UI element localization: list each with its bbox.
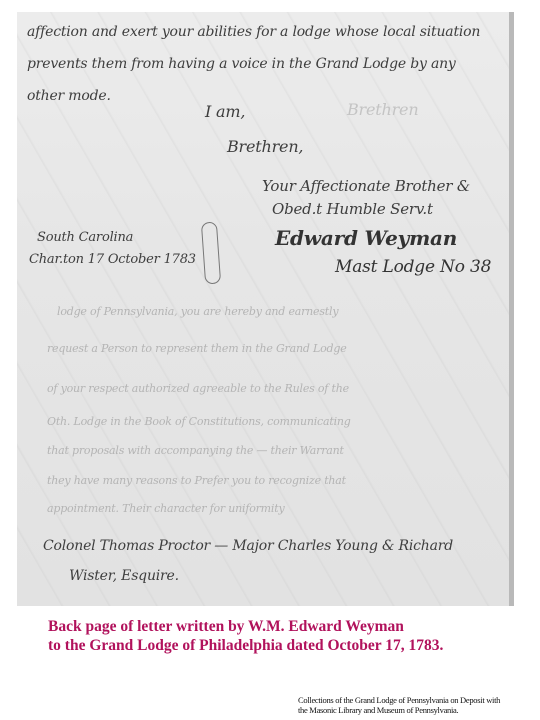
closing-affectionate: Your Affectionate Brother & — [262, 177, 470, 195]
recipients-line-1: Colonel Thomas Proctor — Major Charles Y… — [43, 538, 453, 554]
credit-line-1: Collections of the Grand Lodge of Pennsy… — [298, 695, 500, 705]
bleed-line-3: of your respect authorized agreeable to … — [47, 382, 349, 395]
letter-line-3: other mode. — [27, 88, 111, 104]
letter-photo: affection and exert your abilities for a… — [17, 12, 514, 606]
caption: Back page of letter written by W.M. Edwa… — [48, 617, 443, 655]
closing-brethren: Brethren, — [227, 137, 303, 156]
bleed-line-2: request a Person to represent them in th… — [47, 342, 347, 355]
date-text: Char.ton 17 October 1783 — [29, 252, 196, 267]
bleed-line-6: they have many reasons to Prefer you to … — [47, 474, 346, 487]
caption-line-1: Back page of letter written by W.M. Edwa… — [48, 617, 443, 636]
closing-obedient: Obed.t Humble Serv.t — [272, 200, 433, 218]
closing-i-am: I am, — [205, 102, 245, 121]
recipients-line-2: Wister, Esquire. — [69, 568, 179, 584]
caption-line-2: to the Grand Lodge of Philadelphia dated… — [48, 636, 443, 655]
letter-line-1: affection and exert your abilities for a… — [27, 24, 480, 40]
bleed-line-5: that proposals with accompanying the — t… — [47, 444, 344, 457]
lodge-name: Mast Lodge No 38 — [335, 257, 491, 277]
bleed-line-4: Oth. Lodge in the Book of Constitutions,… — [47, 415, 351, 428]
credit-line-2: the Masonic Library and Museum of Pennsy… — [298, 705, 500, 715]
place-text: South Carolina — [37, 230, 133, 245]
bleed-line-7: appointment. Their character for uniform… — [47, 502, 284, 515]
credit-note: Collections of the Grand Lodge of Pennsy… — [298, 695, 500, 715]
letter-line-2: prevents them from having a voice in the… — [27, 56, 456, 72]
bleed-through-heading: Brethren — [347, 100, 418, 119]
bleed-line-1: lodge of Pennsylvania, you are hereby an… — [57, 305, 338, 318]
signature: Edward Weyman — [275, 226, 457, 250]
